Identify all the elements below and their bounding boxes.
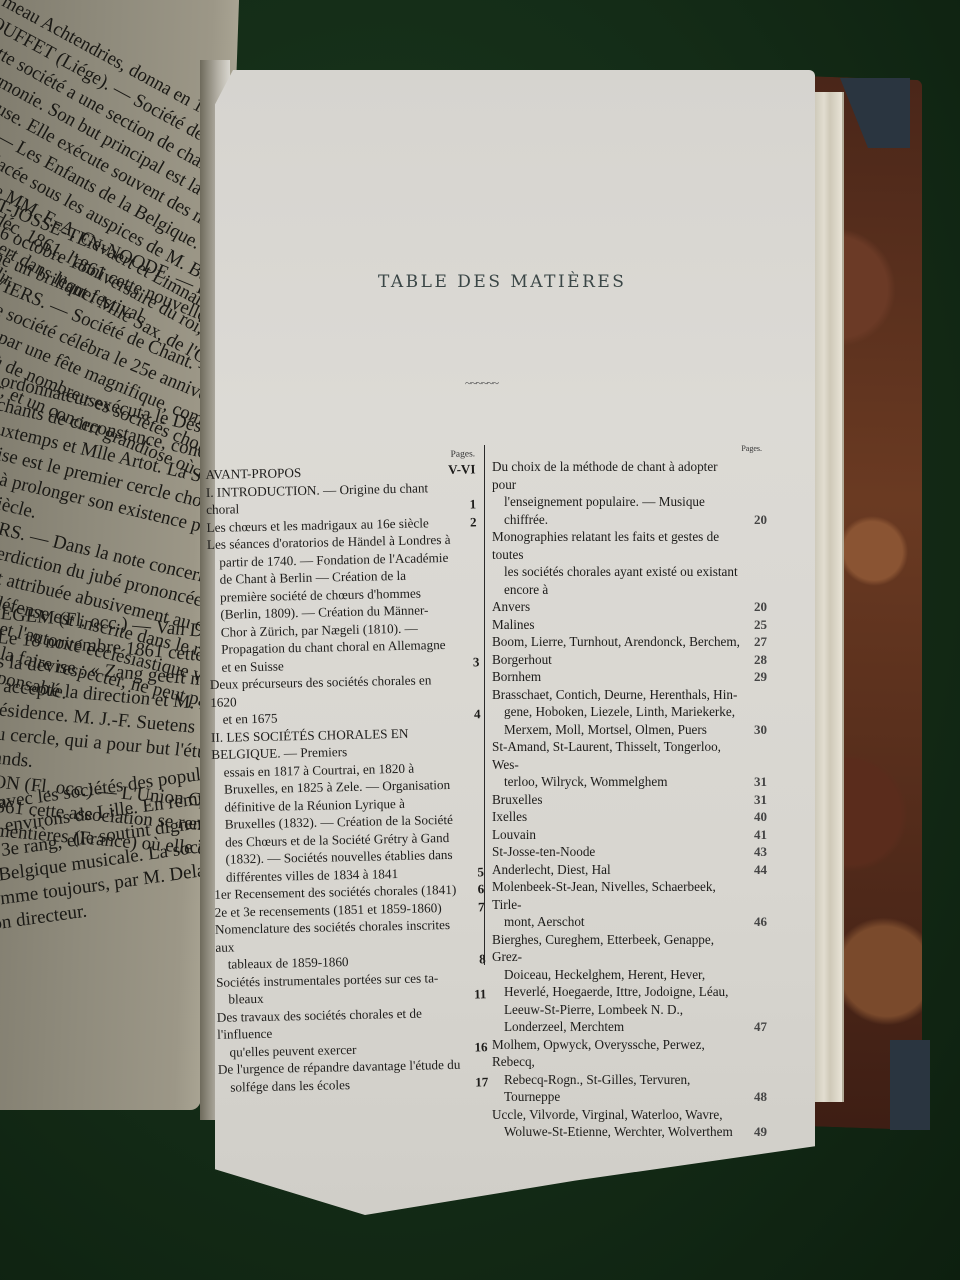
- toc-entry: Du choix de la méthode de chant à adopte…: [492, 458, 767, 528]
- toc-entry: Nomenclature des sociétés chorales inscr…: [215, 915, 486, 973]
- toc-page-number: 44: [754, 861, 767, 879]
- toc-page-number: 31: [754, 791, 767, 809]
- toc-entry-continuation: gene, Hoboken, Liezele, Linth, Mariekerk…: [492, 703, 767, 738]
- toc-entry: Les séances d'oratorios de Händel à Lond…: [207, 530, 480, 676]
- toc-entry: St-Amand, St-Laurent, Thisselt, Tongerlo…: [492, 738, 767, 791]
- photo-scene: meau Achtendries, donna en 1861 un festi…: [0, 0, 960, 1280]
- page-edges: [812, 92, 844, 1102]
- toc-entry: Anvers20: [492, 598, 767, 616]
- toc-page-number: 31: [754, 773, 767, 791]
- toc-page-number: V-VI: [448, 460, 476, 478]
- toc-entry-text: II. LES SOCIÉTÉS CHORALES EN BELGIQUE. —…: [211, 723, 482, 764]
- toc-entry: Des travaux des sociétés chorales et de …: [217, 1003, 488, 1061]
- toc-entry-text: Boom, Lierre, Turnhout, Arendonck, Berch…: [492, 633, 767, 651]
- toc-entry: Anderlecht, Diest, Hal44: [492, 861, 767, 879]
- toc-entry-continuation: terloo, Wilryck, Wommelghem: [492, 773, 767, 791]
- toc-entry-text: Ixelles: [492, 808, 767, 826]
- toc-entry-text: Du choix de la méthode de chant à adopte…: [492, 458, 767, 493]
- toc-entry: Monographies relatant les faits et geste…: [492, 528, 767, 598]
- pages-header: Pages.: [492, 440, 762, 454]
- toc-entry: I. INTRODUCTION. — Origine du chant chor…: [206, 478, 477, 519]
- toc-page-number: 5: [477, 863, 484, 881]
- cover-leather-corner-bottom: [890, 1040, 930, 1130]
- toc-entry-text: Bierghes, Cureghem, Etterbeek, Genappe, …: [492, 931, 767, 966]
- toc-entry-continuation: Doiceau, Heckelghem, Herent, Hever, Heve…: [492, 966, 767, 1036]
- toc-entry: St-Josse-ten-Noode43: [492, 843, 767, 861]
- toc-entry-text: Nomenclature des sociétés chorales inscr…: [215, 915, 486, 956]
- toc-page-number: 30: [754, 721, 767, 739]
- toc-page-number: 46: [754, 913, 767, 931]
- page-title: TABLE DES MATIÈRES: [378, 272, 626, 292]
- toc-entry: Malines25: [492, 616, 767, 634]
- toc-entry-continuation: partir de 1740. — Fondation de l'Académi…: [207, 548, 480, 676]
- toc-page-number: 17: [475, 1073, 488, 1091]
- toc-entry-continuation: l'enseignement populaire. — Musique chif…: [492, 493, 767, 528]
- toc-entry-continuation: Rebecq-Rogn., St-Gilles, Tervuren, Tourn…: [492, 1071, 767, 1106]
- toc-page-number: 41: [754, 826, 767, 844]
- title-ornament: ~~~~~~: [465, 376, 498, 391]
- toc-page-number: 49: [754, 1123, 767, 1141]
- toc-page-number: 11: [474, 985, 487, 1003]
- toc-page-number: 2: [470, 513, 477, 531]
- toc-entry-text: Brasschaet, Contich, Deurne, Herenthals,…: [492, 686, 767, 704]
- toc-entry-text: Malines: [492, 616, 767, 634]
- toc-page-number: 3: [473, 653, 480, 671]
- toc-entry-text: Molenbeek-St-Jean, Nivelles, Schaerbeek,…: [492, 878, 767, 913]
- toc-entry: Molhem, Opwyck, Overyssche, Perwez, Rebe…: [492, 1036, 767, 1106]
- toc-entry: Louvain41: [492, 826, 767, 844]
- toc-entry-continuation: mont, Aerschot: [492, 913, 767, 931]
- toc-entry-text: Borgerhout: [492, 651, 767, 669]
- toc-entry: II. LES SOCIÉTÉS CHORALES EN BELGIQUE. —…: [211, 723, 484, 886]
- toc-entry-text: Bornhem: [492, 668, 767, 686]
- toc-page-number: 27: [754, 633, 767, 651]
- toc-page-number: 29: [754, 668, 767, 686]
- toc-page-number: 40: [754, 808, 767, 826]
- toc-page-number: 1: [469, 495, 476, 513]
- toc-entry: Brasschaet, Contich, Deurne, Herenthals,…: [492, 686, 767, 739]
- toc-page-number: 28: [754, 651, 767, 669]
- toc-right-column: Pages. Du choix de la méthode de chant à…: [492, 458, 767, 1141]
- toc-entry: Molenbeek-St-Jean, Nivelles, Schaerbeek,…: [492, 878, 767, 931]
- toc-left-column: Pages. AVANT-PROPOSV-VI I. INTRODUCTION.…: [205, 446, 488, 1096]
- toc-entry-text: I. INTRODUCTION. — Origine du chant chor…: [206, 478, 477, 519]
- toc-entry-continuation: les sociétés chorales ayant existé ou ex…: [492, 563, 767, 598]
- toc-entry: De l'urgence de répandre davantage l'étu…: [218, 1055, 489, 1096]
- toc-entry-continuation: Woluwe-St-Etienne, Werchter, Wolverthem: [492, 1123, 767, 1141]
- toc-page-number: 48: [754, 1088, 767, 1106]
- toc-page-number: 43: [754, 843, 767, 861]
- toc-entry: Boom, Lierre, Turnhout, Arendonck, Berch…: [492, 633, 767, 651]
- toc-entry-text: Bruxelles: [492, 791, 767, 809]
- toc-entry: Bornhem29: [492, 668, 767, 686]
- toc-entry: Bierghes, Cureghem, Etterbeek, Genappe, …: [492, 931, 767, 1036]
- toc-page-number: 25: [754, 616, 767, 634]
- toc-entry-text: Des travaux des sociétés chorales et de …: [217, 1003, 488, 1044]
- toc-page-number: 20: [754, 511, 767, 529]
- toc-page-number: 8: [479, 950, 486, 968]
- toc-entry-text: Monographies relatant les faits et geste…: [492, 528, 767, 563]
- toc-page-number: 20: [754, 598, 767, 616]
- toc-entry-text: Louvain: [492, 826, 767, 844]
- toc-entry: Ixelles40: [492, 808, 767, 826]
- toc-page-number: 7: [478, 898, 485, 916]
- toc-page-number: 16: [474, 1038, 487, 1056]
- toc-entry: Borgerhout28: [492, 651, 767, 669]
- toc-page-number: 6: [478, 880, 485, 898]
- toc-entry: Uccle, Vilvorde, Virginal, Waterloo, Wav…: [492, 1106, 767, 1141]
- toc-page-number: 47: [754, 1018, 767, 1036]
- toc-entry-text: St-Amand, St-Laurent, Thisselt, Tongerlo…: [492, 738, 767, 773]
- toc-entry-text: St-Josse-ten-Noode: [492, 843, 767, 861]
- toc-page-number: 4: [474, 705, 481, 723]
- toc-entry-text: Anvers: [492, 598, 767, 616]
- toc-entry: Deux précurseurs des sociétés chorales e…: [210, 670, 481, 728]
- toc-entry-text: Deux précurseurs des sociétés chorales e…: [210, 670, 481, 711]
- toc-entry-text: Anderlecht, Diest, Hal: [492, 861, 767, 879]
- toc-entry-text: Molhem, Opwyck, Overyssche, Perwez, Rebe…: [492, 1036, 767, 1071]
- toc-entry: Sociétés instrumentales portées sur ces …: [216, 968, 487, 1009]
- toc-entry-text: Uccle, Vilvorde, Virginal, Waterloo, Wav…: [492, 1106, 767, 1124]
- toc-entry-continuation: essais en 1817 à Courtrai, en 1820 à Bru…: [212, 758, 485, 886]
- toc-entry: Bruxelles31: [492, 791, 767, 809]
